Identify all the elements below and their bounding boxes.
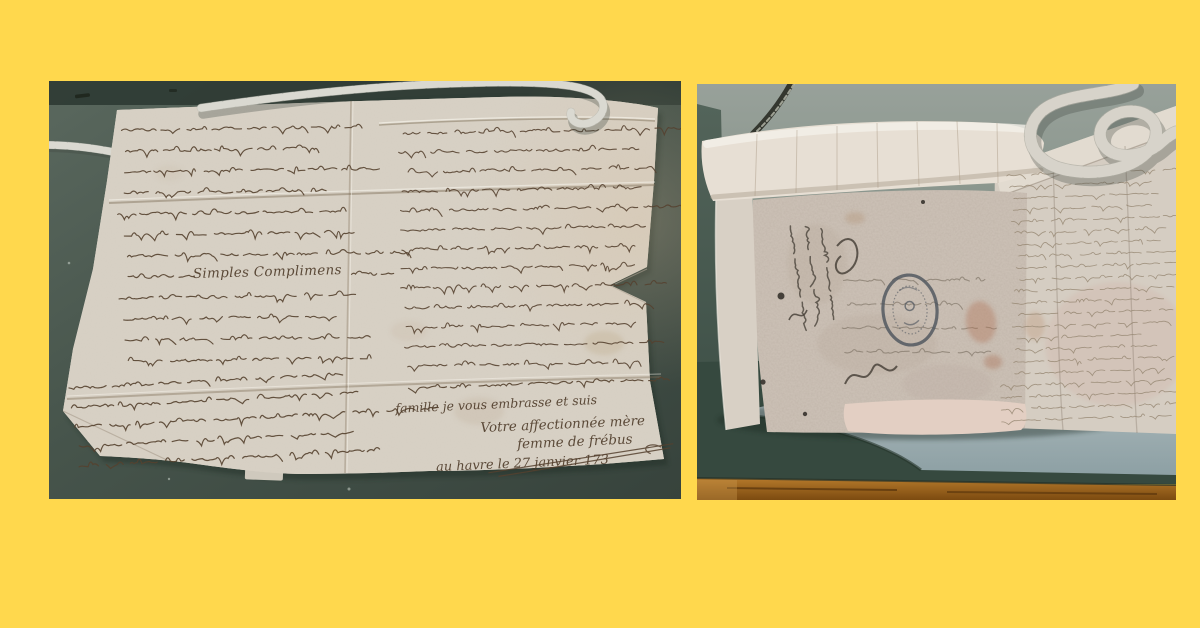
photo-unfolded-letter: Simples Complimens famille je vous embra… <box>49 81 681 499</box>
photo-folded-letter <box>697 84 1176 500</box>
bottom-paper-roll <box>844 400 1027 435</box>
unfolded-letter-scene: Simples Complimens famille je vous embra… <box>49 81 681 499</box>
folded-letter-scene <box>697 84 1176 500</box>
letter-collage: Simples Complimens famille je vous embra… <box>0 0 1200 628</box>
